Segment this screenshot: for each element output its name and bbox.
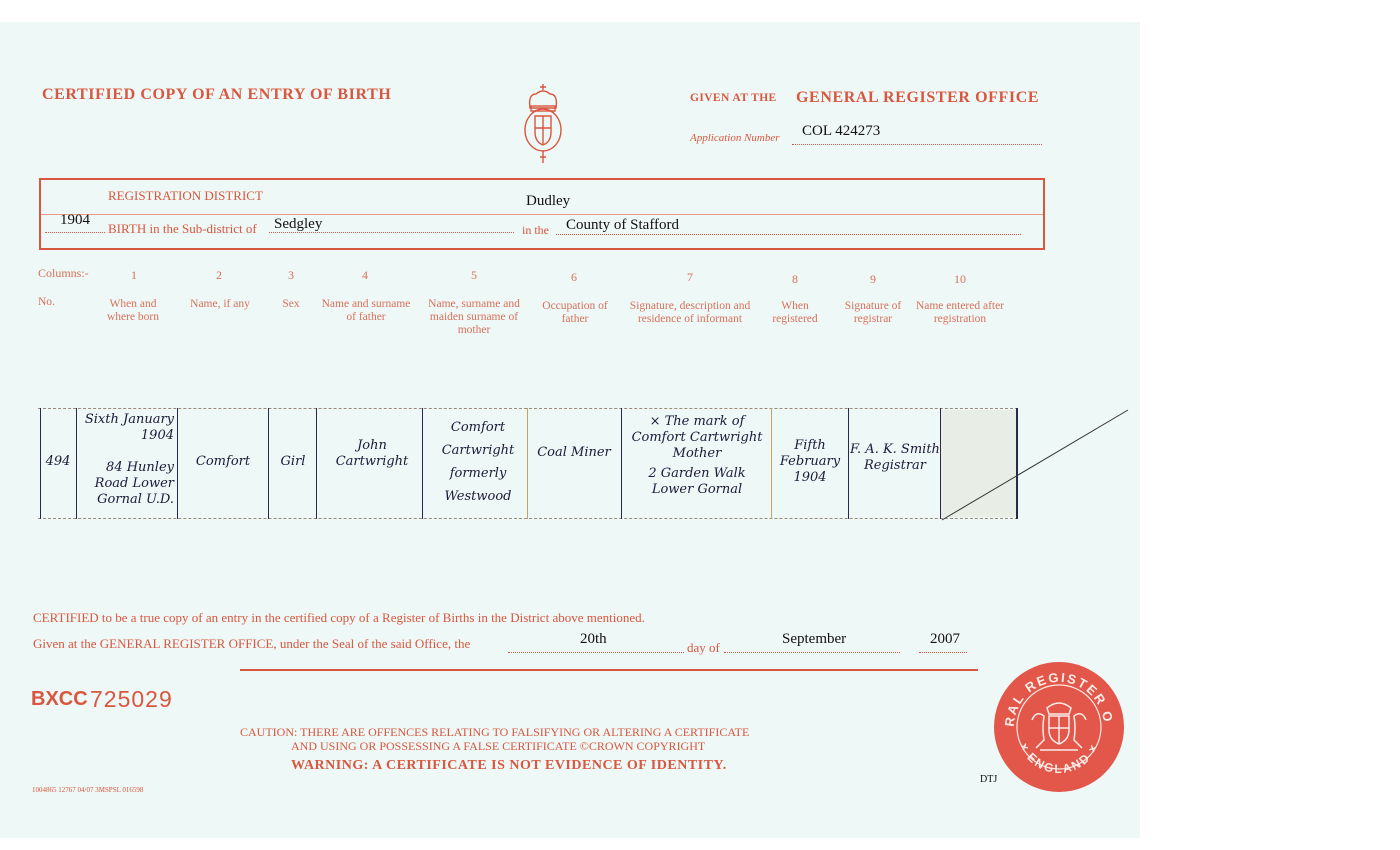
registration-box: REGISTRATION DISTRICT Dudley 1904 BIRTH … [39, 178, 1045, 250]
entry-when-born: Sixth January 1904 [82, 412, 174, 444]
certification-day: 20th [580, 631, 607, 648]
certification-line1: CERTIFIED to be a true copy of an entry … [33, 610, 645, 626]
entry-name: Comfort [178, 454, 268, 470]
serial-prefix: BXCC [31, 688, 88, 711]
subdistrict-value: Sedgley [274, 216, 322, 233]
column-number: 2 [213, 268, 225, 283]
certification-month: September [782, 631, 846, 648]
entry-mother: Comfort Cartwright formerly Westwood [432, 416, 524, 508]
certification-year: 2007 [930, 631, 960, 648]
column-number: 7 [684, 270, 696, 285]
entry-father: John Cartwright [324, 438, 420, 470]
registration-district-label: REGISTRATION DISTRICT [108, 188, 263, 204]
warning-text: WARNING: A CERTIFICATE IS NOT EVIDENCE O… [291, 758, 727, 774]
column-header-father: Name and surname of father [316, 298, 416, 324]
application-number-label: Application Number [690, 132, 780, 144]
entry-number: 494 [40, 454, 76, 470]
caution-line2: AND USING OR POSSESSING A FALSE CERTIFIC… [291, 739, 705, 754]
entry-when-registered: Fifth February 1904 [774, 438, 846, 486]
entry-informant: × The mark of Comfort Cartwright Mother … [623, 414, 771, 498]
divider-line [240, 669, 978, 671]
column-header-no: No. [38, 296, 55, 309]
entry-where-born: 84 Hunley Road Lower Gornal U.D. [80, 460, 174, 508]
columns-label: Columns:- [38, 266, 89, 281]
entry-occupation: Coal Miner [534, 442, 614, 464]
column-number: 1 [128, 268, 140, 283]
entry-row: 494 Sixth January 1904 84 Hunley Road Lo… [38, 408, 1018, 519]
application-number: COL 424273 [802, 123, 880, 140]
office-name: GENERAL REGISTER OFFICE [796, 89, 1039, 107]
footer-codes: 1004865 12767 04/07 3MSPSL 016598 [32, 786, 143, 794]
subdistrict-label: BIRTH in the Sub-district of [108, 221, 257, 237]
entry-sex: Girl [270, 454, 316, 470]
column-number: 5 [468, 268, 480, 283]
serial-number: 725029 [90, 686, 173, 713]
column-number: 3 [285, 268, 297, 283]
certificate-paper: CERTIFIED COPY OF AN ENTRY OF BIRTH GIVE… [0, 22, 1140, 838]
column-header-registrar-signature: Signature of registrar [838, 300, 908, 326]
column-header-when-registered: When registered [767, 300, 823, 326]
entry-registrar: F. A. K. Smith Registrar [850, 442, 940, 474]
column-header-sex: Sex [276, 298, 306, 311]
column-header-occupation: Occupation of father [540, 300, 610, 326]
registration-district-value: Dudley [526, 193, 570, 210]
caution-line1: CAUTION: THERE ARE OFFENCES RELATING TO … [240, 725, 749, 740]
certification-line2: Given at the GENERAL REGISTER OFFICE, un… [33, 636, 470, 652]
column-header-when-born: When and where born [102, 298, 164, 324]
royal-crest-icon [518, 82, 568, 168]
column-number: 4 [359, 268, 371, 283]
column-header-name-after: Name entered after registration [914, 300, 1006, 326]
column-number: 8 [789, 272, 801, 287]
column-number: 6 [568, 270, 580, 285]
day-of-label: day of [687, 640, 720, 656]
birth-year: 1904 [60, 212, 90, 229]
certificate-title: CERTIFIED COPY OF AN ENTRY OF BIRTH [42, 86, 391, 104]
general-register-office-seal-icon: GENERAL REGISTER OFFICE × ENGLAND × [992, 660, 1126, 794]
column-header-informant: Signature, description and residence of … [622, 300, 758, 326]
given-at-prefix: GIVEN AT THE [690, 92, 777, 104]
column-number: 9 [867, 272, 879, 287]
column-number: 10 [950, 272, 970, 287]
in-the-label: in the [522, 223, 549, 238]
column-header-mother: Name, surname and maiden surname of moth… [424, 298, 524, 337]
cancel-line [940, 407, 1130, 522]
county-value: County of Stafford [566, 217, 679, 234]
column-header-name: Name, if any [180, 298, 260, 311]
